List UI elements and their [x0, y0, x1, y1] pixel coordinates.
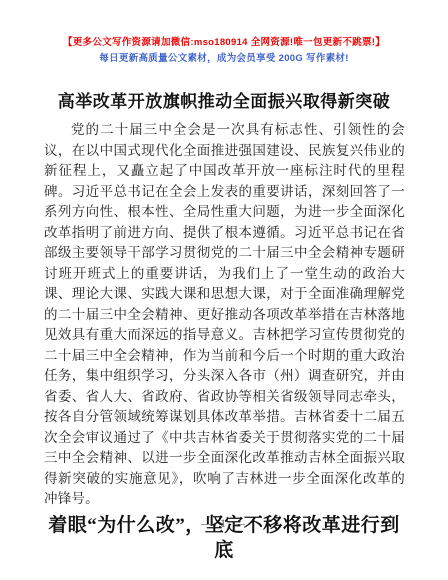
promo-line-red: 【更多公文写作资源请加微信:mso180914 全网资源!唯一包更新不跳票!】: [0, 36, 448, 49]
document-page: 【更多公文写作资源请加微信:mso180914 全网资源!唯一包更新不跳票!】 …: [0, 0, 448, 580]
document-title: 高举改革开放旗帜推动全面振兴取得新突破: [30, 90, 418, 113]
promo-line-blue: 每日更新高质量公文素材，成为会员享受 200G 写作素材!: [0, 52, 448, 65]
page-number: — 1 —: [0, 516, 448, 531]
promo-header: 【更多公文写作资源请加微信:mso180914 全网资源!唯一包更新不跳票!】 …: [0, 0, 448, 65]
body-paragraph: 党的二十届三中全会是一次具有标志性、引领性的会议，在以中国式现代化全面推进强国建…: [44, 120, 405, 510]
